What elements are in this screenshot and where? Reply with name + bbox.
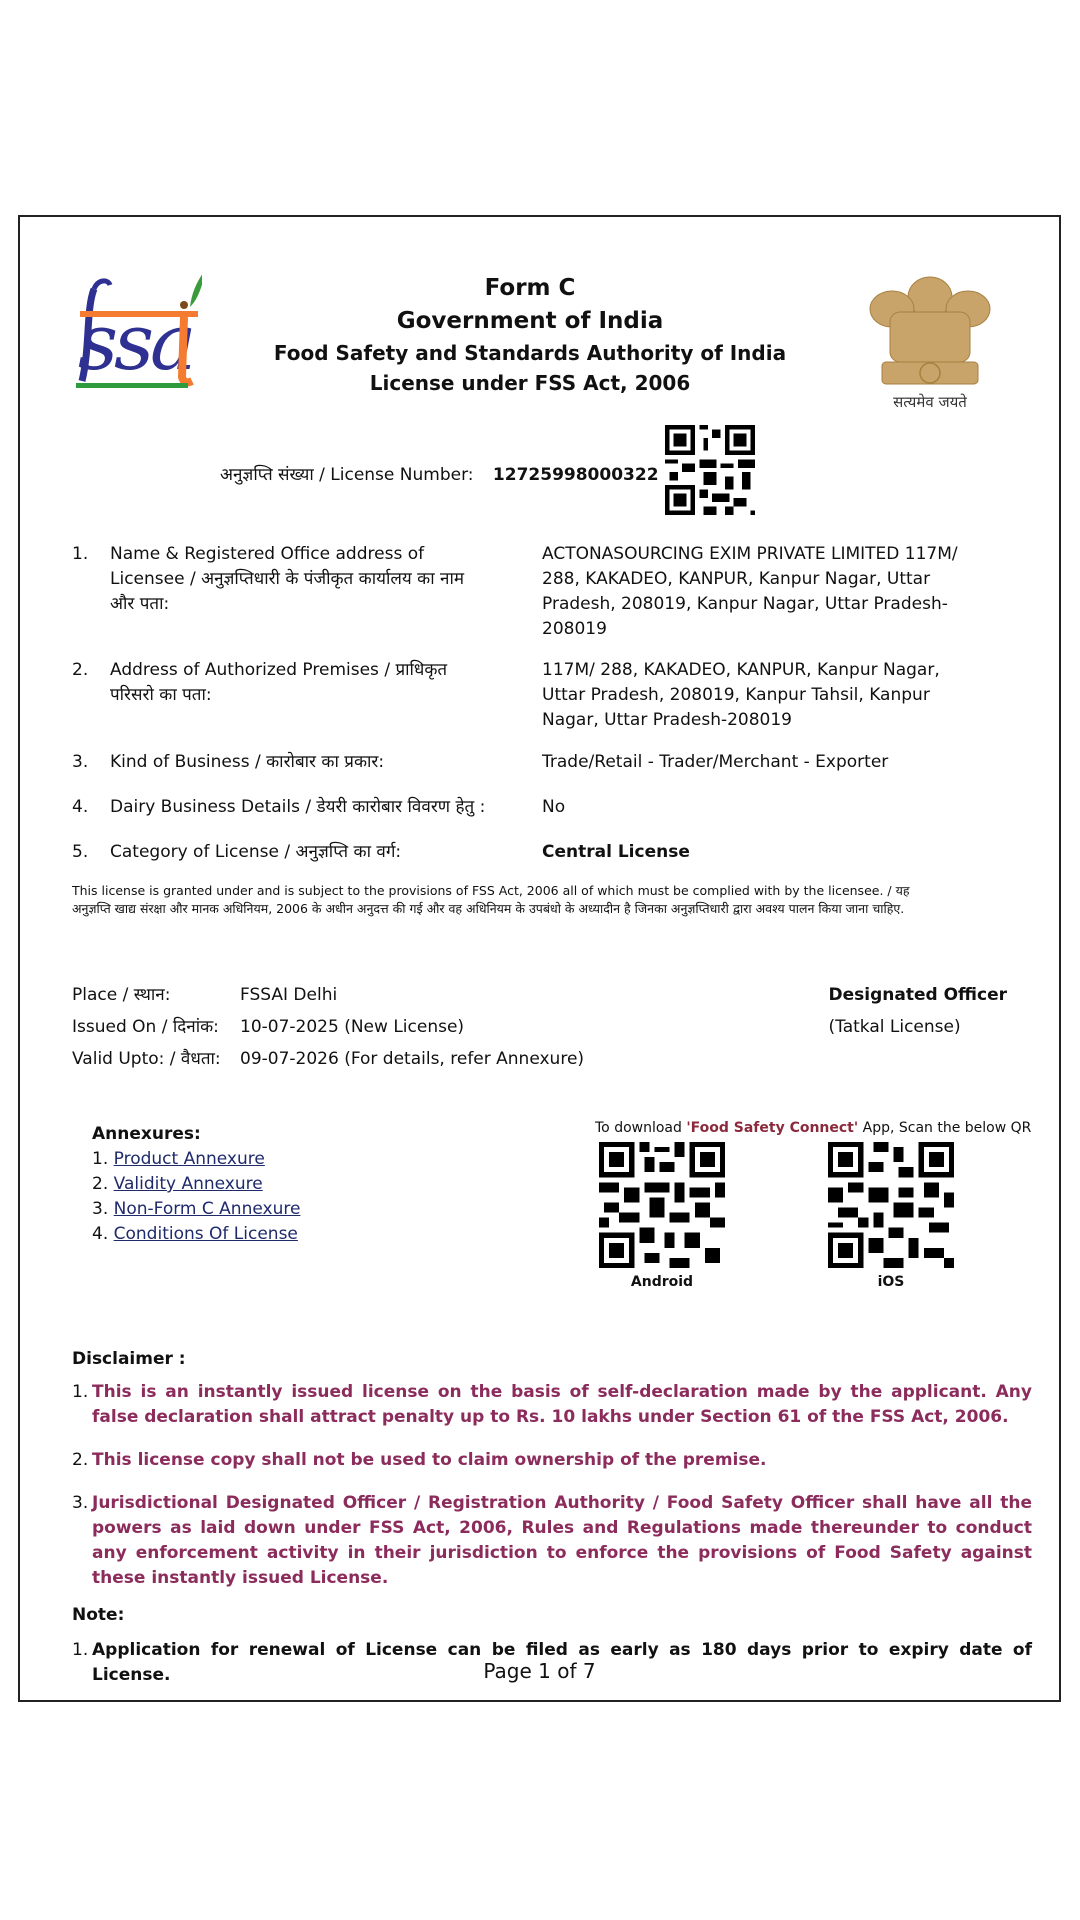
issue-details: Place / स्थान:FSSAI Delhi Issued On / दि… (72, 979, 584, 1075)
field-license-category: 5. Category of License / अनुज्ञप्ति का व… (72, 840, 1022, 868)
non-form-c-annexure-link[interactable]: Non-Form C Annexure (114, 1199, 301, 1219)
field-value: 117M/ 288, KAKADEO, KANPUR, Kanpur Nagar… (542, 658, 972, 733)
field-number: 1. (72, 542, 102, 567)
disclaimer-section: Disclaimer : 1.This is an instantly issu… (72, 1347, 1032, 1706)
annexures-heading: Annexures: (92, 1122, 300, 1147)
annexure-number: 3. (92, 1199, 108, 1219)
annexure-item: 3. Non-Form C Annexure (92, 1197, 300, 1222)
form-title: Form C (250, 272, 810, 305)
validity-annexure-link[interactable]: Validity Annexure (114, 1174, 263, 1194)
license-number-label: अनुज्ञप्ति संख्या / License Number: (220, 465, 474, 485)
place-value: FSSAI Delhi (240, 979, 337, 1011)
android-qr[interactable]: Android (597, 1142, 727, 1290)
license-number-row: अनुज्ञप्ति संख्या / License Number: 1272… (220, 462, 659, 485)
disclaimer-item: 3.Jurisdictional Designated Officer / Re… (72, 1491, 1032, 1591)
national-emblem-icon: सत्यमेव जयते (860, 267, 1000, 417)
field-value: Trade/Retail - Trader/Merchant - Exporte… (542, 750, 972, 775)
act-title: License under FSS Act, 2006 (250, 368, 810, 398)
field-label: Dairy Business Details / डेयरी कारोबार व… (110, 795, 530, 820)
field-label: Address of Authorized Premises / प्राधिक… (110, 658, 485, 708)
svg-text:सत्यमेव जयते: सत्यमेव जयते (893, 393, 967, 411)
authority-title: Food Safety and Standards Authority of I… (250, 338, 810, 368)
valid-label: Valid Upto: / वैधता: (72, 1043, 240, 1075)
annexure-item: 1. Product Annexure (92, 1147, 300, 1172)
license-qr-code-icon (665, 425, 755, 515)
field-licensee-name: 1. Name & Registered Office address of L… (72, 542, 1022, 647)
annexures: Annexures: 1. Product Annexure 2. Validi… (92, 1122, 300, 1247)
annexure-number: 4. (92, 1224, 108, 1244)
app-name: 'Food Safety Connect' (686, 1120, 858, 1136)
valid-value: 09-07-2026 (For details, refer Annexure) (240, 1043, 584, 1075)
grant-statement: This license is granted under and is sub… (72, 882, 942, 918)
issued-value: 10-07-2025 (New License) (240, 1011, 464, 1043)
issued-label: Issued On / दिनांक: (72, 1011, 240, 1043)
disclaimer-item: 2.This license copy shall not be used to… (72, 1448, 1032, 1473)
field-number: 2. (72, 658, 102, 683)
disclaimer-item: 1.This is an instantly issued license on… (72, 1380, 1032, 1430)
annexure-number: 1. (92, 1149, 108, 1169)
disclaimer-heading: Disclaimer : (72, 1347, 1032, 1372)
android-qr-code-icon (599, 1142, 725, 1268)
ios-label: iOS (878, 1274, 905, 1290)
ios-qr-code-icon (828, 1142, 954, 1268)
field-number: 5. (72, 840, 102, 865)
app-download-caption: To download 'Food Safety Connect' App, S… (595, 1120, 1035, 1136)
place-label: Place / स्थान: (72, 979, 240, 1011)
annexure-item: 4. Conditions Of License (92, 1222, 300, 1247)
product-annexure-link[interactable]: Product Annexure (114, 1149, 265, 1169)
note-heading: Note: (72, 1603, 1032, 1628)
android-label: Android (631, 1274, 693, 1290)
field-dairy-business: 4. Dairy Business Details / डेयरी कारोबा… (72, 795, 1022, 823)
field-label: Kind of Business / कारोबार का प्रकार: (110, 750, 485, 775)
conditions-of-license-link[interactable]: Conditions Of License (114, 1224, 298, 1244)
field-kind-of-business: 3. Kind of Business / कारोबार का प्रकार:… (72, 750, 1022, 778)
officer-subtitle: (Tatkal License) (829, 1011, 1007, 1043)
field-number: 4. (72, 795, 102, 820)
fssai-logo-icon: ssa (72, 269, 202, 394)
field-value: Central License (542, 840, 972, 865)
field-label: Name & Registered Office address of Lice… (110, 542, 485, 617)
field-value: No (542, 795, 972, 820)
license-page: ssa Form C Government of India Food Safe… (18, 215, 1061, 1702)
annexure-item: 2. Validity Annexure (92, 1172, 300, 1197)
field-value: ACTONASOURCING EXIM PRIVATE LIMITED 117M… (542, 542, 972, 642)
app-download-section: To download 'Food Safety Connect' App, S… (595, 1120, 1035, 1307)
license-number-value: 12725998000322 (493, 465, 659, 485)
officer-title: Designated Officer (829, 979, 1007, 1011)
ios-qr[interactable]: iOS (826, 1142, 956, 1290)
field-label: Category of License / अनुज्ञप्ति का वर्ग… (110, 840, 485, 865)
annexure-number: 2. (92, 1174, 108, 1194)
field-number: 3. (72, 750, 102, 775)
designated-officer: Designated Officer (Tatkal License) (829, 979, 1007, 1043)
field-premises-address: 2. Address of Authorized Premises / प्रा… (72, 658, 1022, 738)
page-number: Page 1 of 7 (20, 1659, 1059, 1683)
title-block: Form C Government of India Food Safety a… (250, 272, 810, 398)
government-title: Government of India (250, 305, 810, 338)
